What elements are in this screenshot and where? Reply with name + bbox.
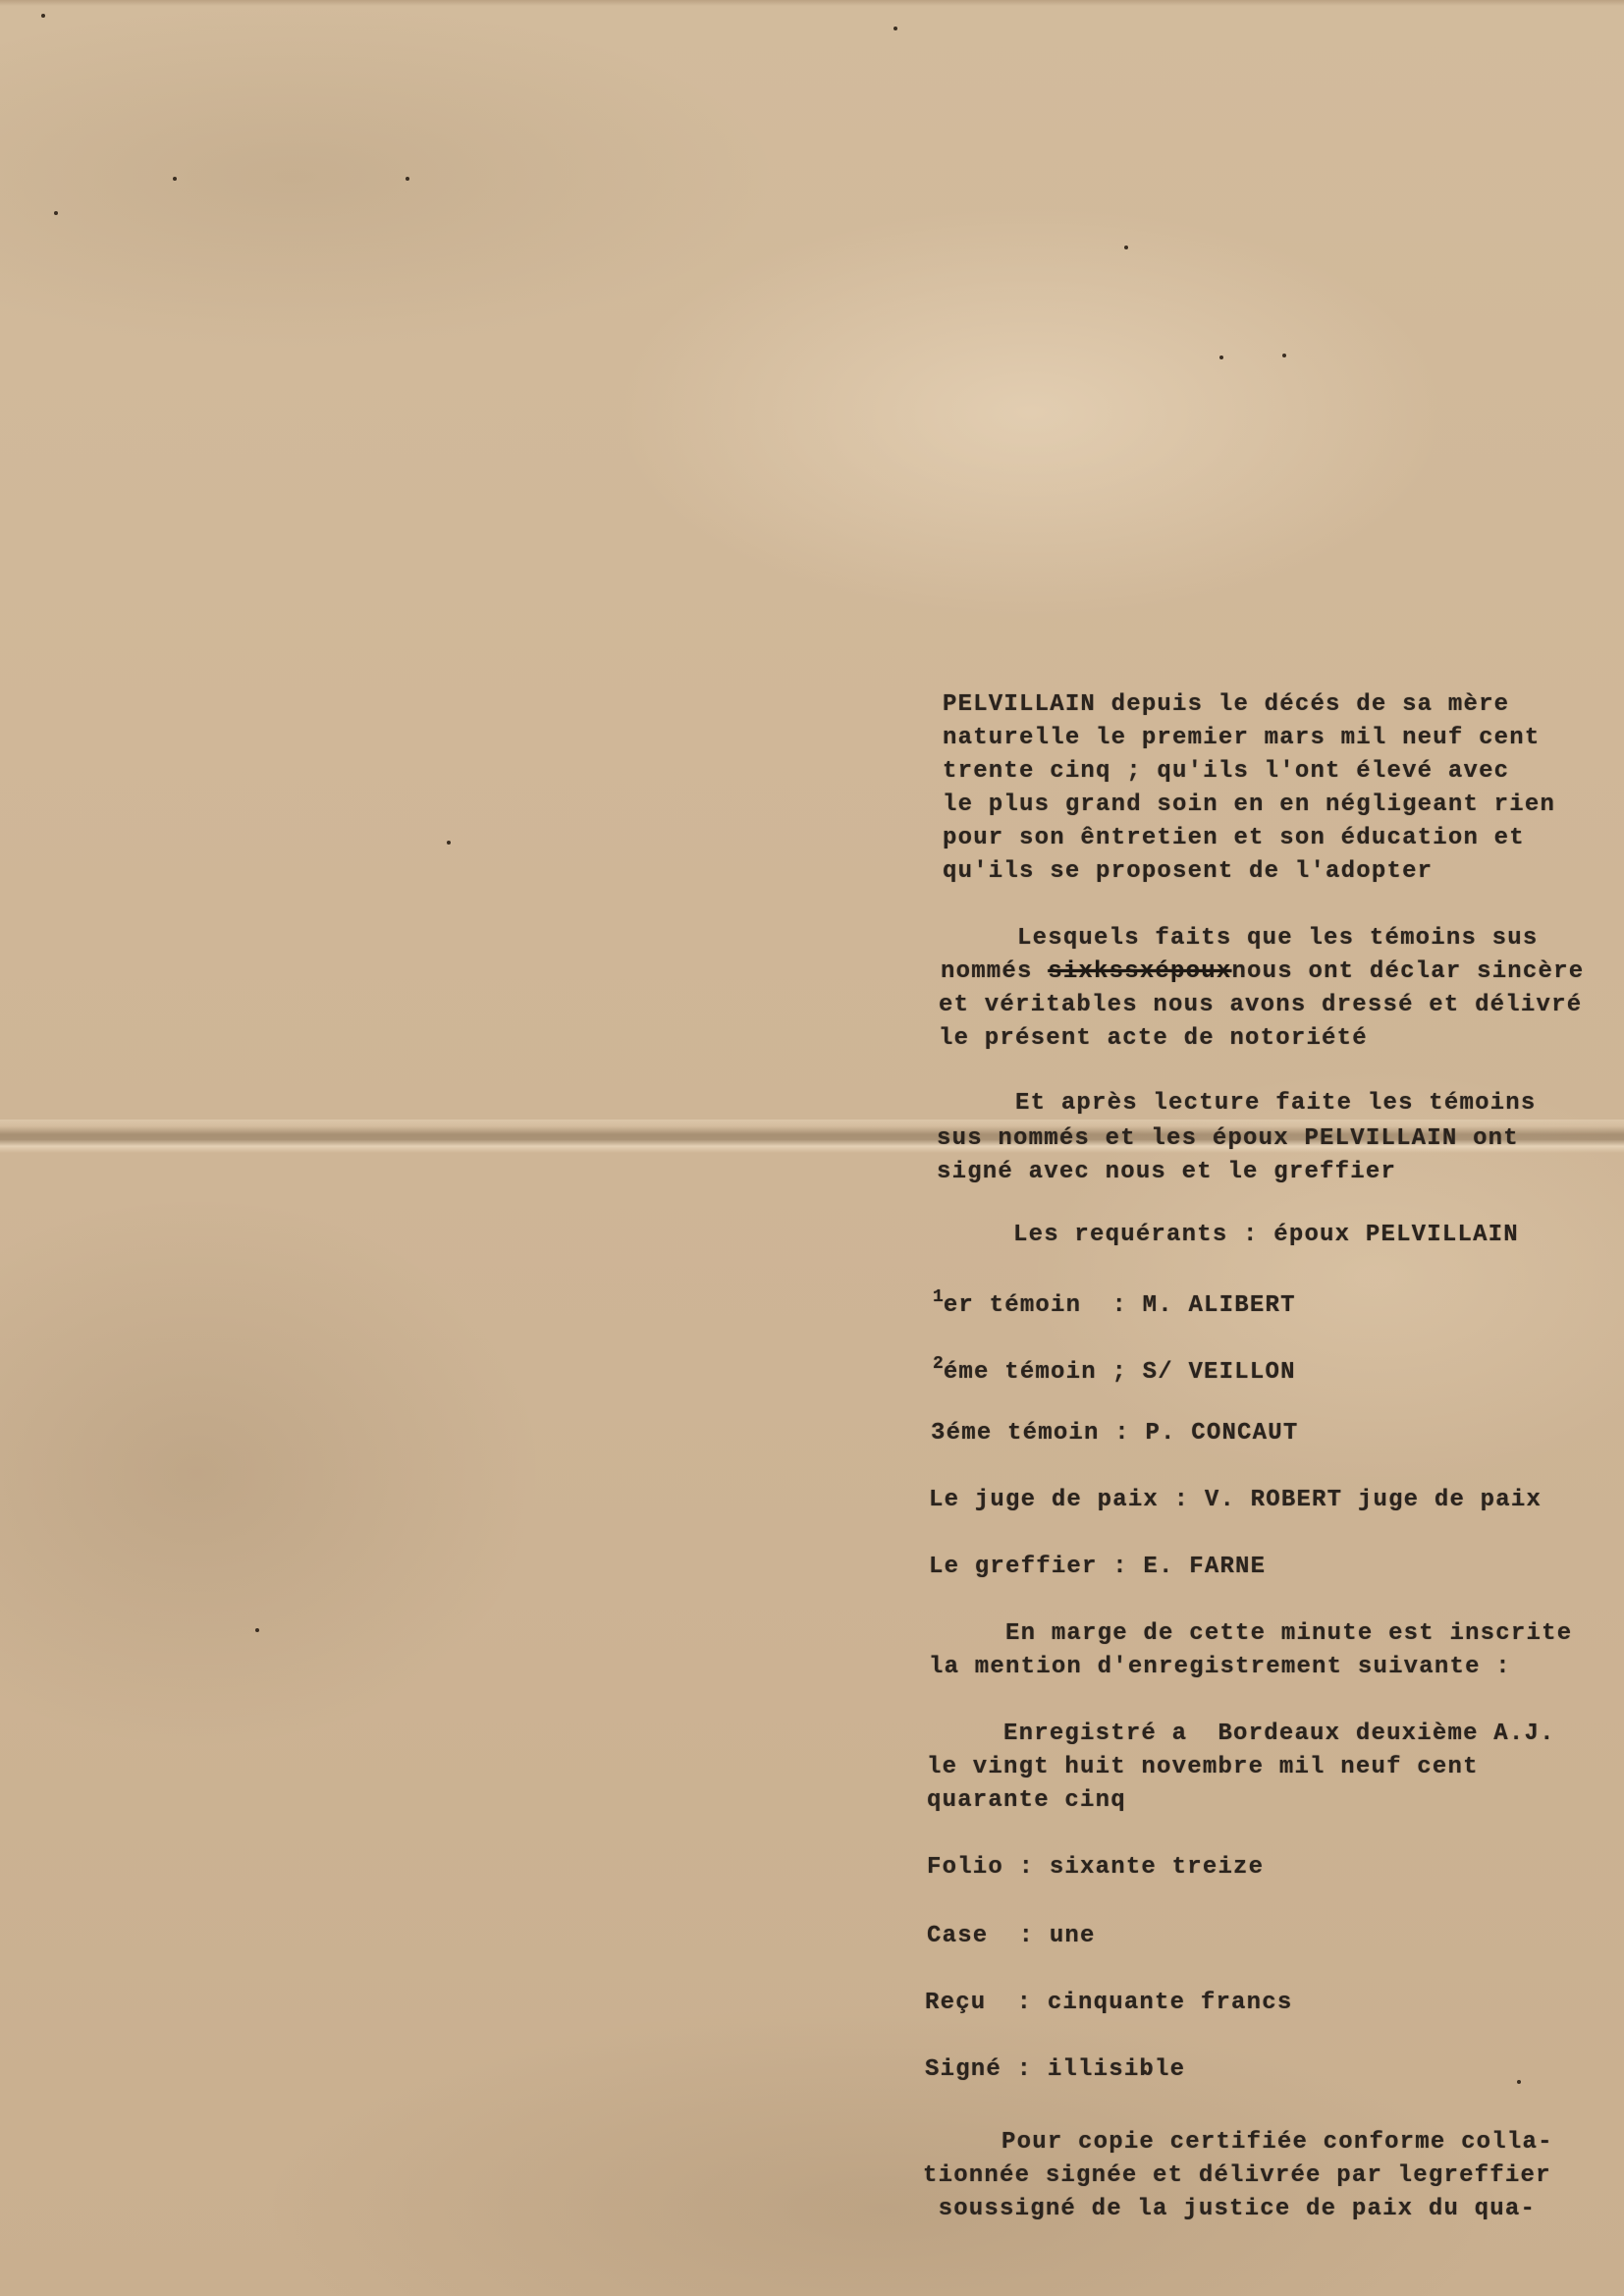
temoin-1-line: 1er témoin : M. ALIBERT [933,1288,1296,1318]
paragraph-5-line: Pour copie certifiée conforme colla- [925,2131,1553,2155]
paragraph-1-line: le plus grand soin en en négligeant rien [943,793,1555,817]
paragraph-2-line-with-strikeout: nommés sixkssxépouxnous ont déclar sincè… [941,960,1584,984]
case-line: Case : une [927,1925,1096,1948]
paragraph-1-line: trente cinq ; qu'ils l'ont élevé avec [943,760,1509,784]
greffier-line: Le greffier : E. FARNE [929,1556,1266,1579]
paragraph-3-line: Et après lecture faite les témoins [939,1092,1537,1116]
folio-line: Folio : sixante treize [927,1856,1264,1880]
paragraph-3-line: signé avec nous et le greffier [937,1161,1396,1184]
temoin-3-line: 3éme témoin : P. CONCAUT [931,1422,1298,1446]
temoin-3-text: éme témoin : P. CONCAUT [947,1420,1299,1447]
paragraph-2-line: Lesquels faits que les témoins sus [941,927,1539,951]
ordinal-number: 1 [933,1287,944,1307]
ordinal-number: 3 [931,1420,947,1447]
paragraph-1-line: naturelle le premier mars mil neuf cent [943,727,1541,750]
registration-line: quarante cinq [927,1789,1126,1813]
paragraph-1-line: pour son êntretien et son éducation et [943,827,1525,850]
registration-line: Enregistré a Bordeaux deuxième A.J. [927,1722,1555,1746]
registration-line: le vingt huit novembre mil neuf cent [927,1756,1479,1779]
temoin-1-text: er témoin : M. ALIBERT [944,1292,1296,1319]
paragraph-2-line: le présent acte de notoriété [939,1027,1368,1051]
juge-de-paix-line: Le juge de paix : V. ROBERT juge de paix [929,1489,1542,1512]
paragraph-3-line: sus nommés et les époux PELVILLAIN ont [937,1127,1519,1151]
temoin-2-line: 2éme témoin ; S/ VEILLON [933,1355,1296,1385]
text-fragment: nommés [941,958,1048,985]
recu-line: Reçu : cinquante francs [925,1992,1292,2015]
paragraph-4-line: la mention d'enregistrement suivante : [929,1656,1511,1679]
paragraph-2-line: et véritables nous avons dressé et déliv… [939,994,1582,1017]
paragraph-1-line: qu'ils se proposent de l'adopter [943,860,1433,884]
ordinal-number: 2 [933,1354,944,1374]
text-fragment: nous ont déclar sincère [1231,958,1584,985]
paragraph-1-line: PELVILLAIN depuis le décés de sa mère [943,693,1509,717]
requerants-line: Les requérants : époux PELVILLAIN [937,1224,1519,1247]
struck-out-text: sixkssxépoux [1048,960,1231,984]
temoin-2-text: éme témoin ; S/ VEILLON [944,1359,1296,1386]
paragraph-4-line: En marge de cette minute est inscrite [929,1622,1572,1646]
document-body: PELVILLAIN depuis le décés de sa mère na… [0,0,1624,2296]
signe-line: Signé : illisible [925,2058,1185,2082]
paragraph-5-line: soussigné de la justice de paix du qua- [923,2198,1536,2221]
paragraph-5-line: tionnée signée et délivrée par legreffie… [923,2164,1551,2188]
